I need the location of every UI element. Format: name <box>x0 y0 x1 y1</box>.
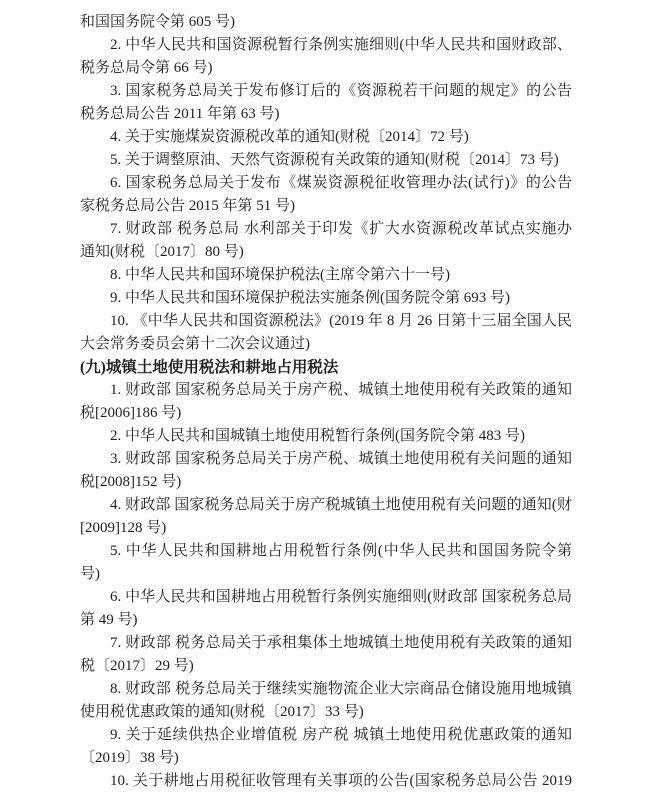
document-line: 6. 国家税务总局关于发布《煤炭资源税征收管理办法(试行)》的公告(国 <box>80 172 572 195</box>
document-page: 和国国务院令第 605 号)2. 中华人民共和国资源税暂行条例实施细则(中华人民… <box>0 0 660 810</box>
document-line: 税[2006]186 号) <box>80 402 572 425</box>
document-line: 2. 中华人民共和国资源税暂行条例实施细则(中华人民共和国财政部、国家 <box>80 34 572 57</box>
document-line: 〔2019〕38 号) <box>80 747 572 770</box>
document-line: 7. 财政部 税务总局关于承租集体土地城镇土地使用税有关政策的通知(财 <box>80 632 572 655</box>
document-line: 4. 关于实施煤炭资源税改革的通知(财税〔2014〕72 号) <box>80 126 572 149</box>
document-line: 家税务总局公告 2015 年第 51 号) <box>80 195 572 218</box>
document-line: 2. 中华人民共和国城镇土地使用税暂行条例(国务院令第 483 号) <box>80 425 572 448</box>
document-line: 号) <box>80 563 572 586</box>
document-line: 税务总局令第 66 号) <box>80 57 572 80</box>
document-line: 3. 财政部 国家税务总局关于房产税、城镇土地使用税有关问题的通知(财 <box>80 448 572 471</box>
document-line: 5. 关于调整原油、天然气资源税有关政策的通知(财税〔2014〕73 号) <box>80 149 572 172</box>
document-line: 税〔2017〕29 号) <box>80 655 572 678</box>
document-line: 4. 财政部 国家税务总局关于房产税城镇土地使用税有关问题的通知(财税 <box>80 494 572 517</box>
document-line: [2009]128 号) <box>80 517 572 540</box>
document-line: 和国国务院令第 605 号) <box>80 11 572 34</box>
document-line: 9. 关于延续供热企业增值税 房产税 城镇土地使用税优惠政策的通知(财税 <box>80 724 572 747</box>
document-line: 7. 财政部 税务总局 水利部关于印发《扩大水资源税改革试点实施办法》的 <box>80 218 572 241</box>
document-line: 大会常务委员会第十二次会议通过) <box>80 333 572 356</box>
document-line: 9. 中华人民共和国环境保护税法实施条例(国务院令第 693 号) <box>80 287 572 310</box>
document-line: 税务总局公告 2011 年第 63 号) <box>80 103 572 126</box>
section-heading: (九)城镇土地使用税法和耕地占用税法 <box>80 356 572 379</box>
document-line: 通知(财税〔2017〕80 号) <box>80 241 572 264</box>
document-body: 和国国务院令第 605 号)2. 中华人民共和国资源税暂行条例实施细则(中华人民… <box>0 0 572 793</box>
document-line: 使用税优惠政策的通知(财税〔2017〕33 号) <box>80 701 572 724</box>
document-line: 6. 中华人民共和国耕地占用税暂行条例实施细则(财政部 国家税务总局令 <box>80 586 572 609</box>
document-line: 第 49 号) <box>80 609 572 632</box>
document-line: 10. 关于耕地占用税征收管理有关事项的公告(国家税务总局公告 2019 年第 <box>80 770 572 793</box>
document-line: 8. 财政部 税务总局关于继续实施物流企业大宗商品仓储设施用地城镇土地 <box>80 678 572 701</box>
document-line: 1. 财政部 国家税务总局关于房产税、城镇土地使用税有关政策的通知(财 <box>80 379 572 402</box>
document-line: 3. 国家税务总局关于发布修订后的《资源税若干问题的规定》的公告(国家 <box>80 80 572 103</box>
document-line: 10. 《中华人民共和国资源税法》(2019 年 8 月 26 日第十三届全国人… <box>80 310 572 333</box>
document-line: 8. 中华人民共和国环境保护税法(主席令第六十一号) <box>80 264 572 287</box>
document-line: 税[2008]152 号) <box>80 471 572 494</box>
document-line: 5. 中华人民共和国耕地占用税暂行条例(中华人民共和国国务院令第 511 <box>80 540 572 563</box>
